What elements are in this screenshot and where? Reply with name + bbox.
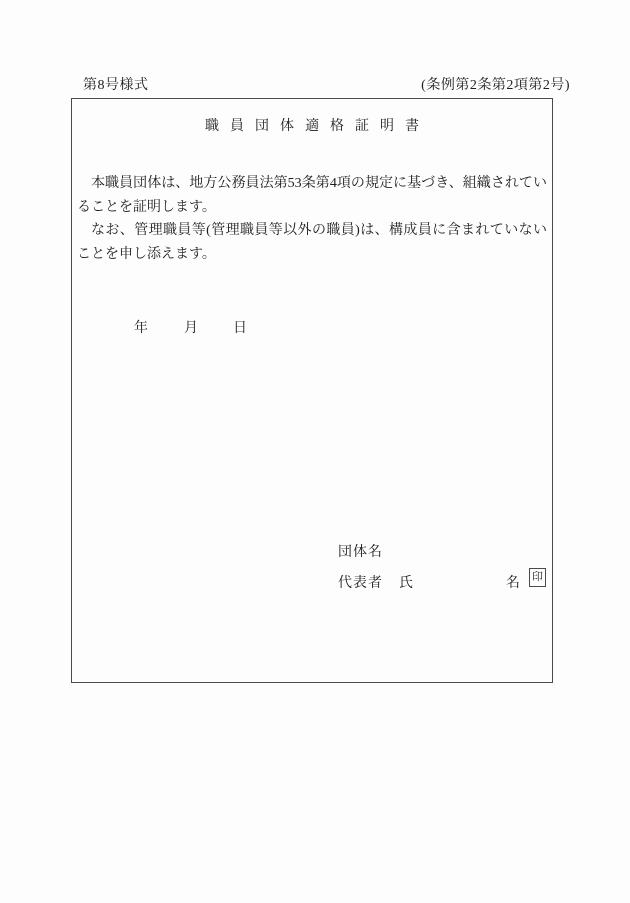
seal-label: 印	[532, 571, 543, 583]
month-label: 月	[184, 317, 198, 337]
representative-label: 代表者	[338, 572, 383, 592]
representative-line: 代表者 氏 名 印	[338, 572, 554, 592]
name-label-shi: 氏	[399, 572, 413, 592]
day-label: 日	[233, 317, 247, 337]
name-label-mei: 名	[506, 572, 520, 592]
document-page: 第8号様式 (条例第2条第2項第2号) 職員団体適格証明書 本職員団体は、地方公…	[0, 0, 630, 903]
body-paragraph-2: なお、管理職員等(管理職員等以外の職員)は、構成員に含まれていないことを申し添え…	[77, 219, 547, 266]
body-paragraph-1: 本職員団体は、地方公務員法第53条第4項の規定に基づき、組織されていることを証明…	[77, 172, 547, 219]
year-label: 年	[134, 317, 148, 337]
certificate-box: 職員団体適格証明書 本職員団体は、地方公務員法第53条第4項の規定に基づき、組織…	[71, 98, 553, 683]
ordinance-reference: (条例第2条第2項第2号)	[421, 74, 570, 94]
certificate-body: 本職員団体は、地方公務員法第53条第4項の規定に基づき、組織されていることを証明…	[77, 172, 547, 267]
organization-name-label: 団体名	[338, 541, 383, 561]
document-title: 職員団体適格証明書	[72, 115, 552, 135]
form-number: 第8号様式	[83, 74, 149, 94]
seal-box: 印	[529, 568, 546, 587]
date-line: 年 月 日	[134, 317, 334, 335]
